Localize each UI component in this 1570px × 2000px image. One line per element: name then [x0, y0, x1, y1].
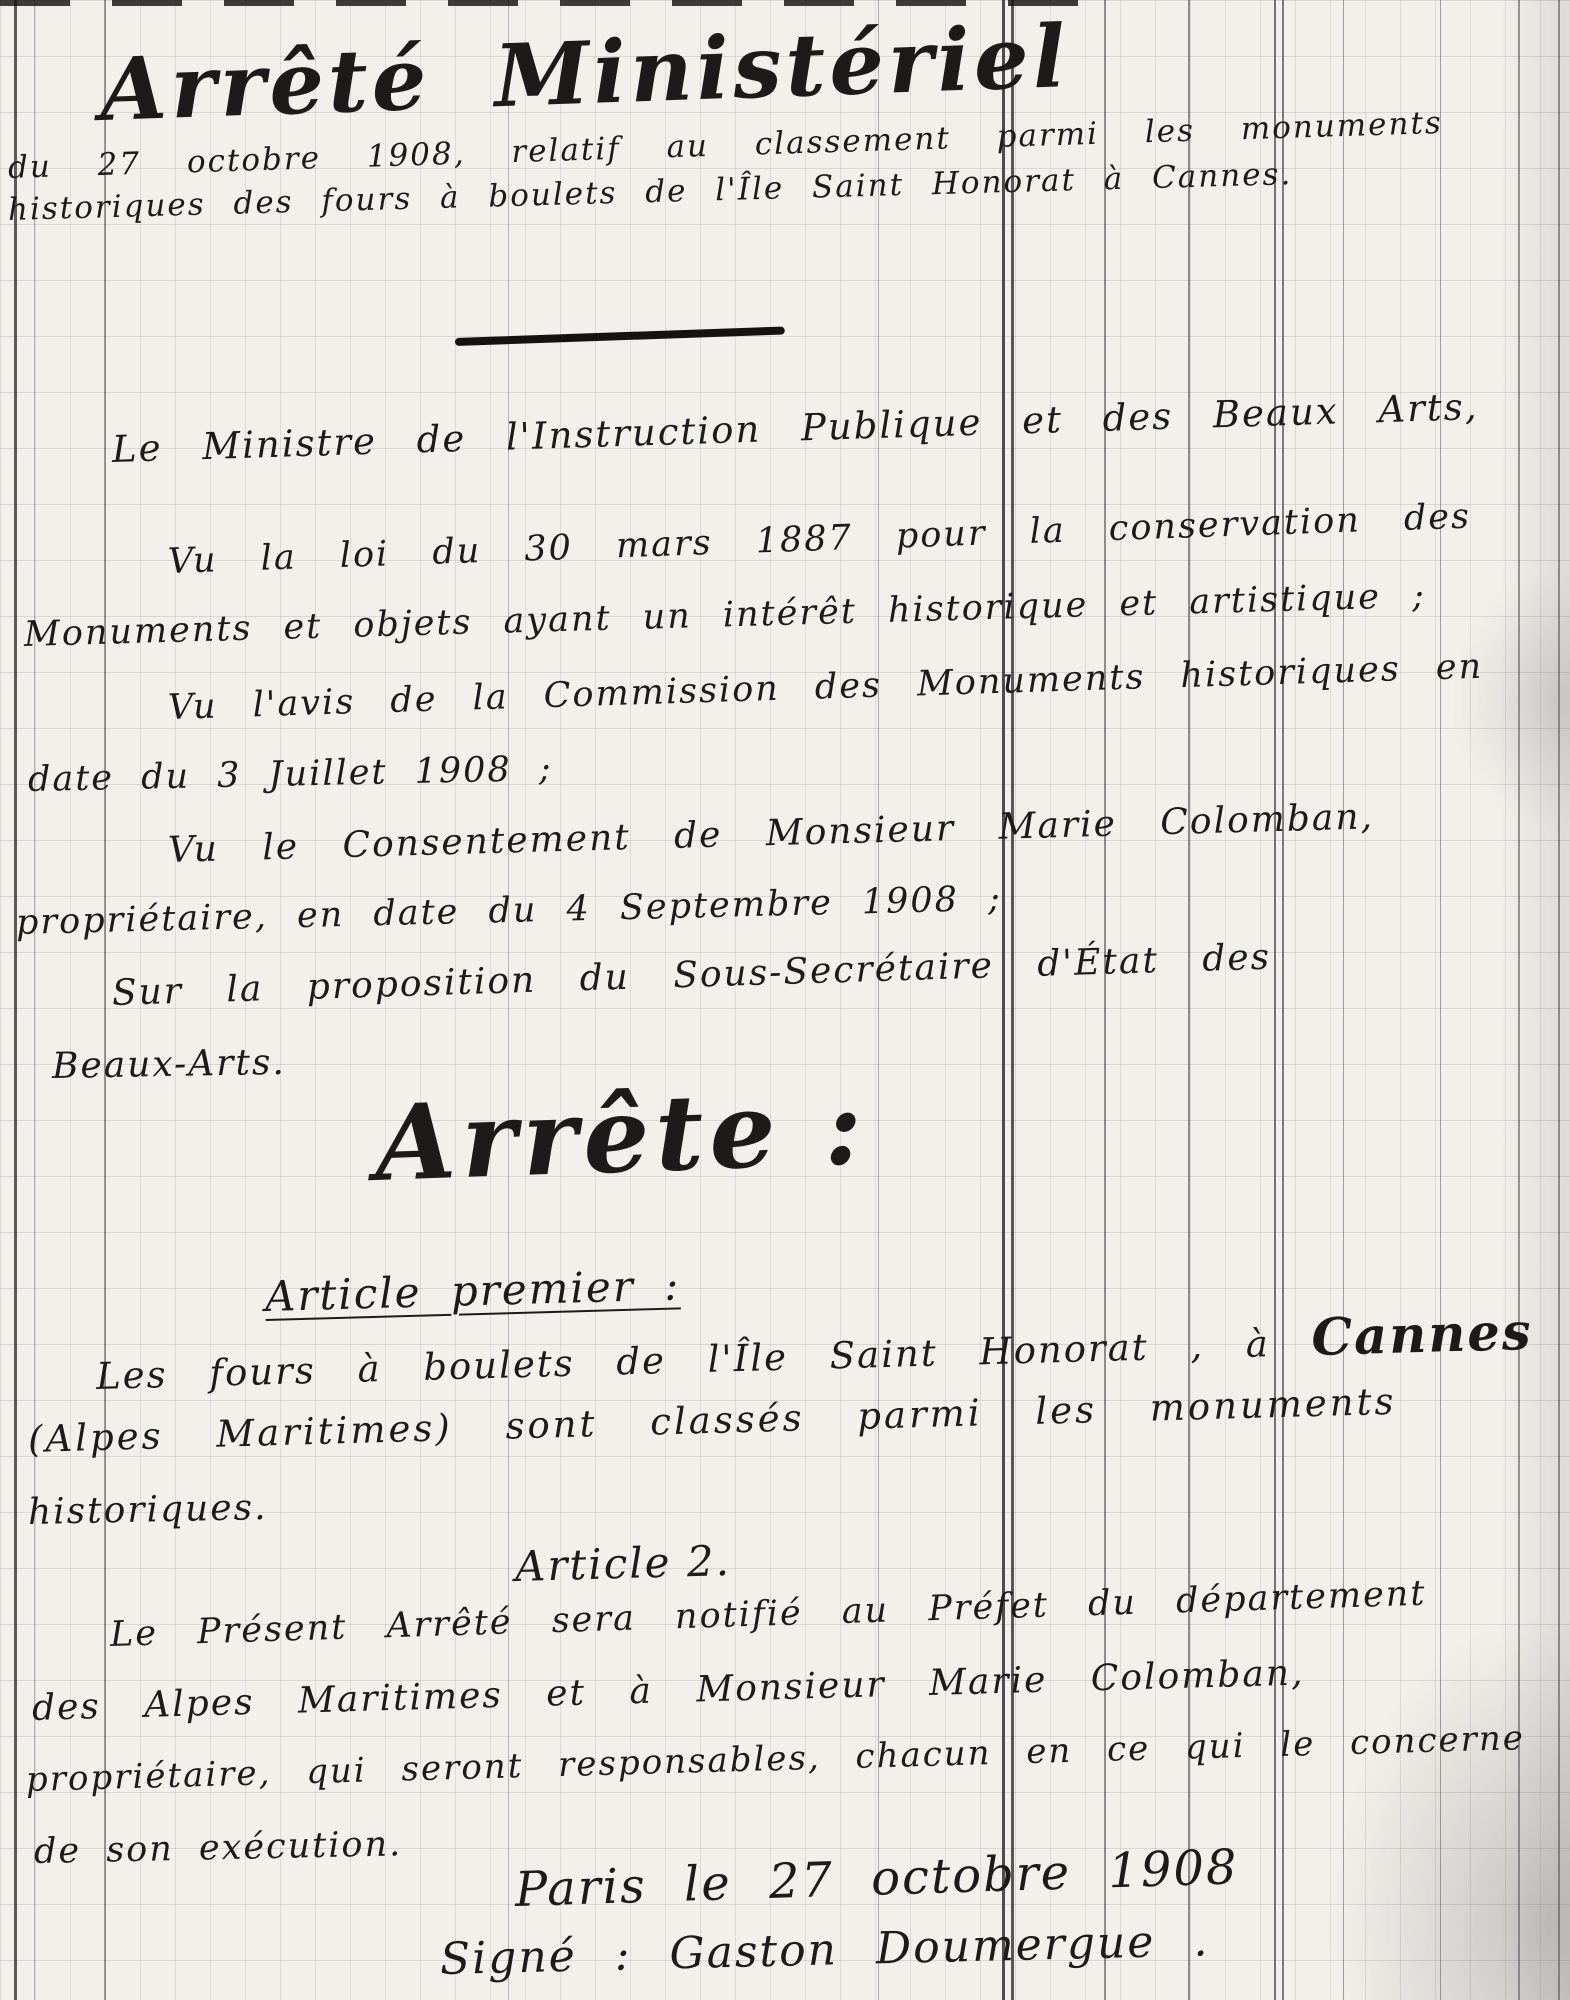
article-1-line: historiques.	[28, 1487, 268, 1533]
ledger-rule-vertical	[14, 0, 17, 2000]
decree-heading: Arrête :	[373, 1065, 870, 1205]
recital-line: Monuments et objets ayant un intérêt his…	[23, 576, 1426, 655]
ledger-rule-vertical	[1104, 0, 1106, 2000]
recital-line: Vu l'avis de la Commission des Monuments…	[167, 647, 1483, 728]
article-1-line-text: Les fours à boulets de l'Île Saint Honor…	[96, 1322, 1271, 1398]
article-2-line: des Alpes Maritimes et à Monsieur Marie …	[31, 1652, 1305, 1729]
ledger-rule-vertical	[1188, 0, 1190, 2000]
article-2-line: de son exécution.	[34, 1824, 403, 1872]
recital-line: Sur la proposition du Sous-Secrétaire d'…	[111, 937, 1271, 1014]
signature-line: Signé : Gaston Doumergue .	[439, 1915, 1209, 1985]
recital-line: Vu le Consentement de Monsieur Marie Col…	[167, 796, 1374, 871]
scanned-document-page: Arrêté Ministériel du 27 octobre 1908, r…	[0, 0, 1570, 2000]
ledger-rule-vertical	[1282, 0, 1284, 2000]
recital-line: date du 3 Juillet 1908 ;	[28, 749, 553, 800]
dateline: Paris le 27 octobre 1908	[514, 1839, 1239, 1918]
recital-line: Beaux-Arts.	[52, 1042, 287, 1087]
article-2-line: Le Présent Arrêté sera notifié au Préfet…	[109, 1574, 1427, 1655]
article-2-heading: Article 2.	[514, 1536, 731, 1591]
scan-corner-smudge	[1300, 1570, 1570, 2000]
ledger-rule-vertical	[1274, 0, 1276, 2000]
separator-stroke	[455, 326, 785, 346]
scan-top-edge-artifact	[0, 0, 1120, 6]
article-1-heading: Article premier :	[264, 1260, 681, 1321]
article-1-place-name: Cannes	[1311, 1302, 1534, 1368]
scan-smudge	[1440, 560, 1570, 840]
